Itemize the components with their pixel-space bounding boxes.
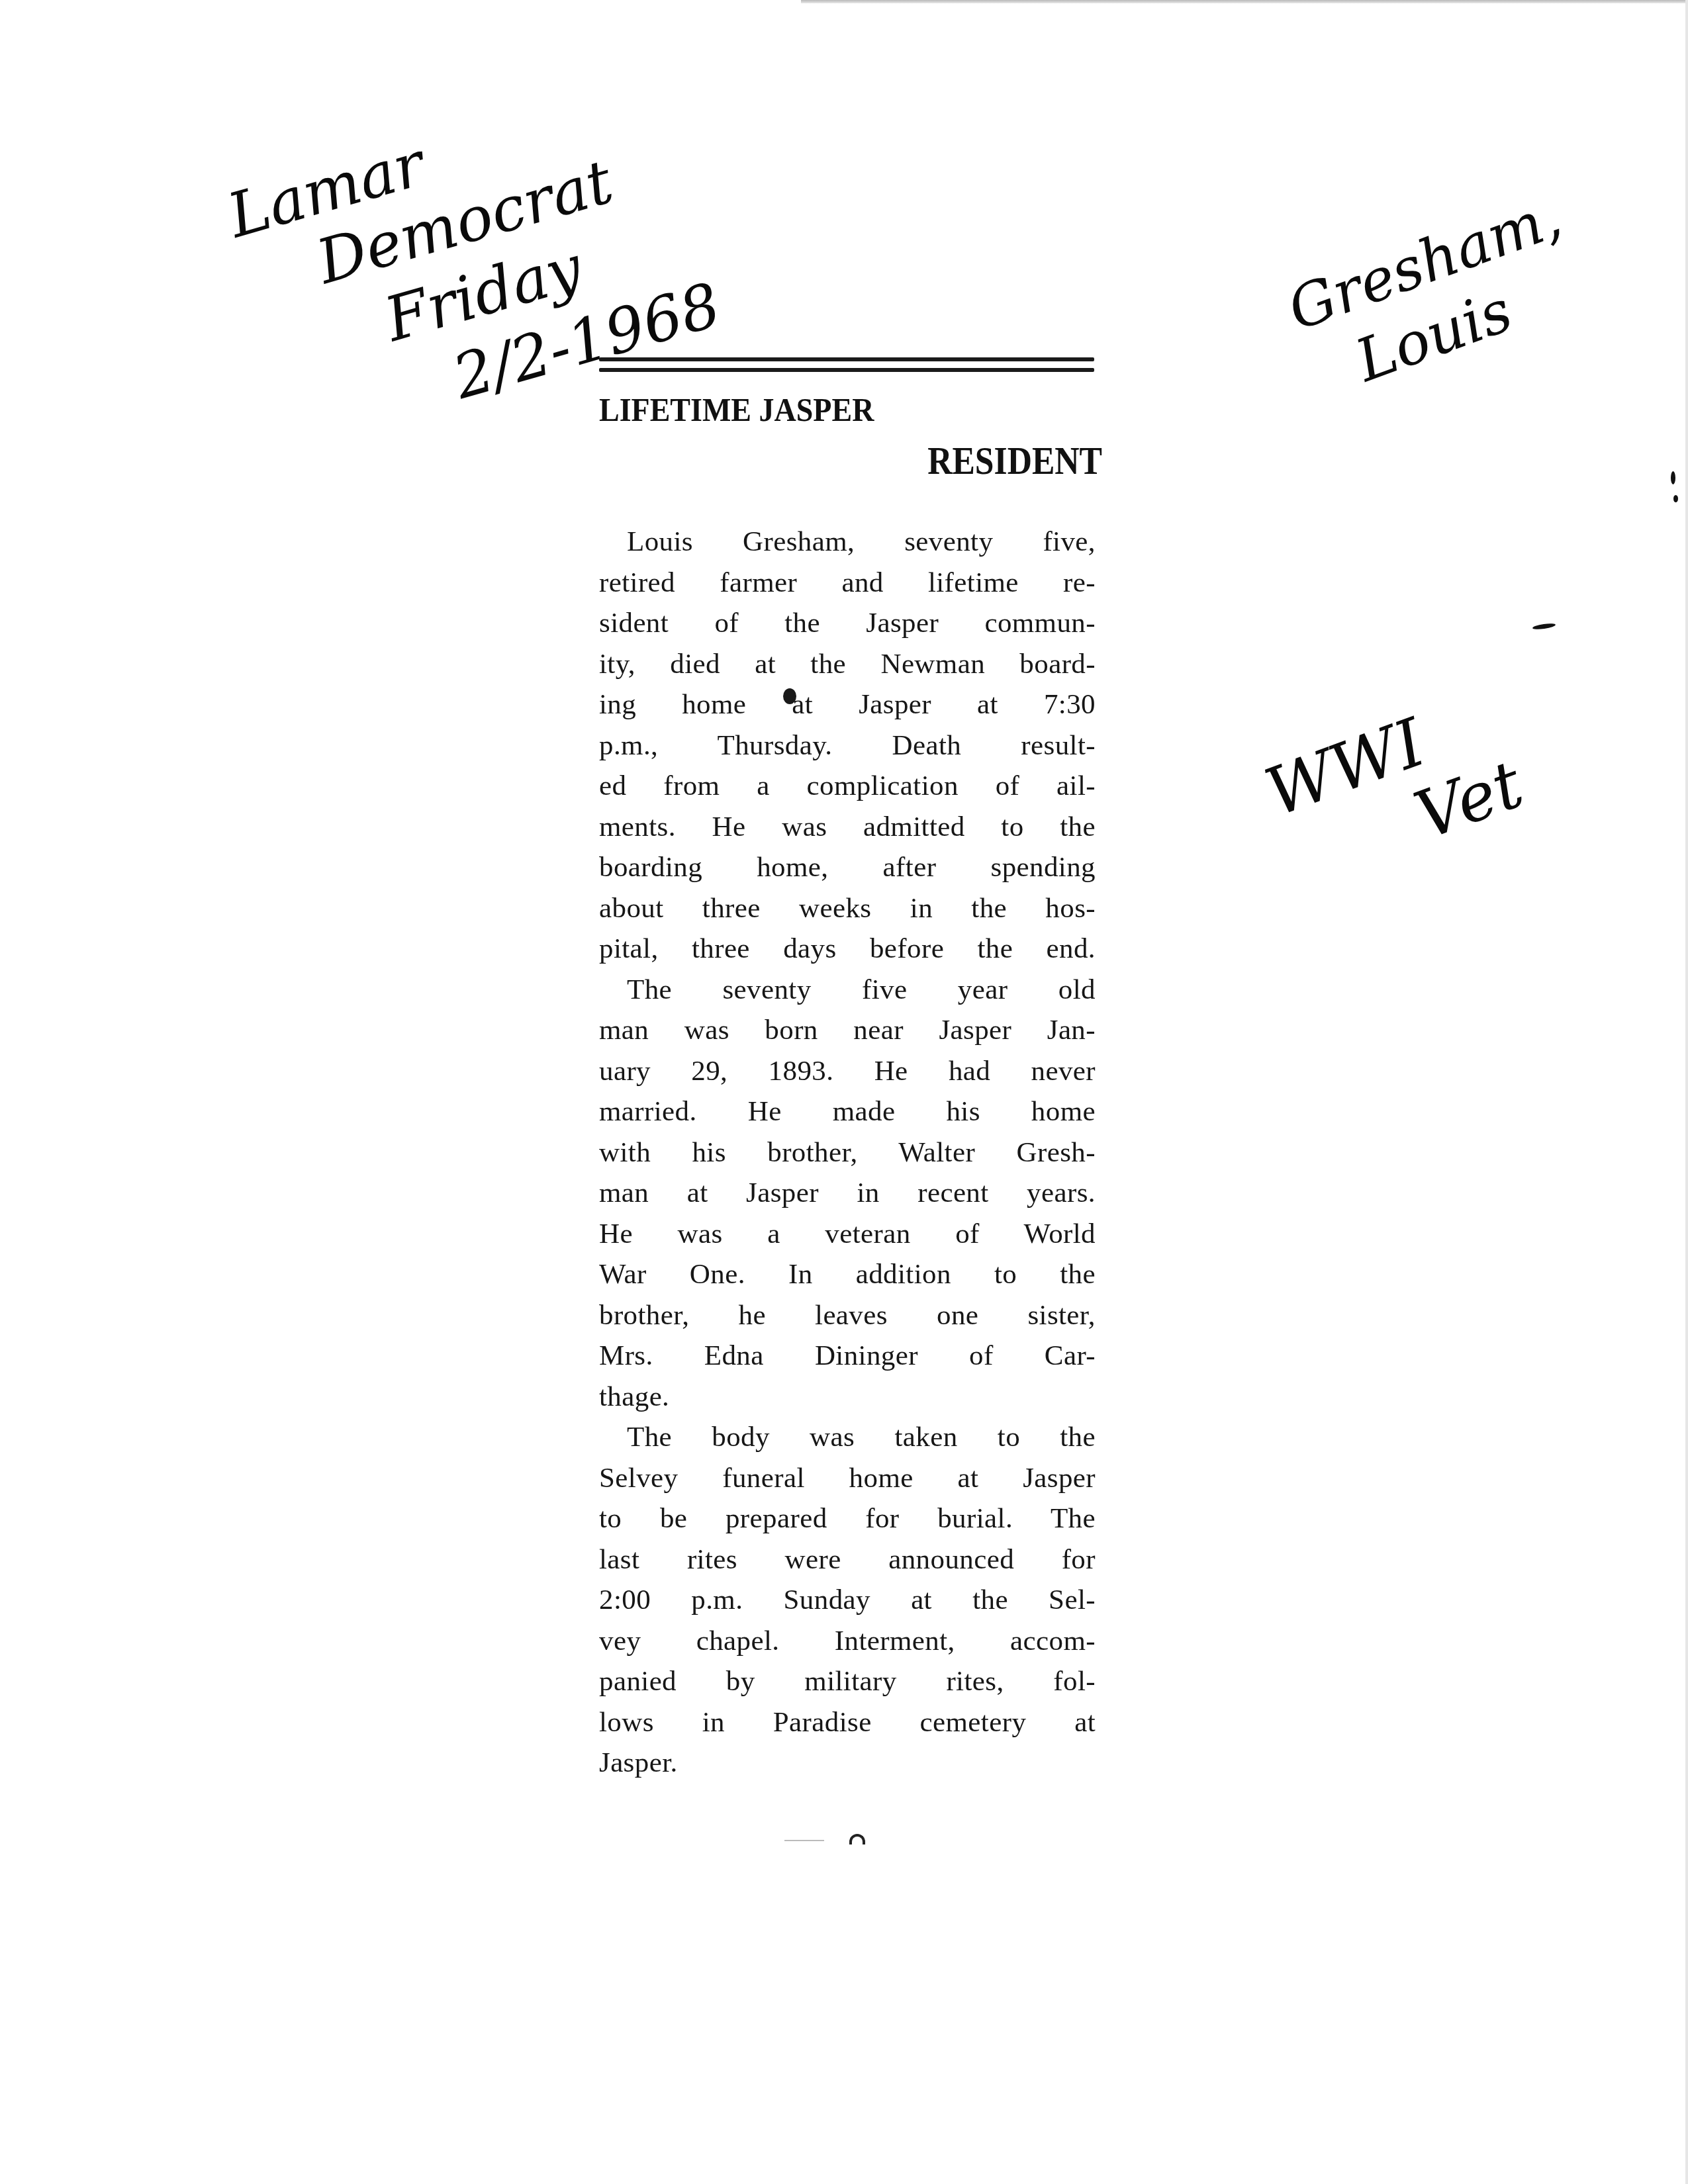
article-line: The body was taken to the [599, 1417, 1096, 1458]
article-line: Mrs. Edna Dininger of Car- [599, 1336, 1096, 1377]
article-line: thage. [599, 1377, 1096, 1418]
ink-blot [783, 688, 796, 704]
article-line: pital, three days before the end. [599, 929, 1096, 970]
article-line: boarding home, after spending [599, 847, 1096, 888]
article-line: ed from a complication of ail- [599, 766, 1096, 807]
article-line: Selvey funeral home at Jasper [599, 1458, 1096, 1499]
article-line: to be prepared for burial. The [599, 1498, 1096, 1539]
article-line: lows in Paradise cemetery at [599, 1702, 1096, 1743]
article-line: Louis Gresham, seventy five, [599, 522, 1096, 563]
rule-line [599, 357, 1094, 361]
article-line: sident of the Jasper commun- [599, 603, 1096, 644]
handwritten-veteran-note: WWI Vet [1258, 682, 1530, 895]
handwritten-name-note: Gresham, Louis [1281, 187, 1593, 406]
article-line: ments. He was admitted to the [599, 807, 1096, 848]
article-line: panied by military rites, fol- [599, 1661, 1096, 1702]
rule-line [599, 368, 1094, 372]
article-line: ing home at Jasper at 7:30 [599, 684, 1096, 725]
article-line: vey chapel. Interment, accom- [599, 1621, 1096, 1662]
clipping-bottom-mark [784, 1840, 824, 1841]
article-line: about three weeks in the hos- [599, 888, 1096, 929]
article-line: man at Jasper in recent years. [599, 1173, 1096, 1214]
stray-ink-mark [1671, 471, 1675, 484]
article-line: uary 29, 1893. He had never [599, 1051, 1096, 1092]
headline-line-2: RESIDENT [669, 441, 1102, 480]
article-line: Jasper. [599, 1743, 1096, 1784]
scan-right-edge [1685, 0, 1688, 2184]
article-line: War One. In addition to the [599, 1254, 1096, 1295]
article-line: ity, died at the Newman board- [599, 644, 1096, 685]
article-line: married. He made his home [599, 1091, 1096, 1132]
article-line: brother, he leaves one sister, [599, 1295, 1096, 1336]
stray-ink-mark [1532, 623, 1556, 631]
article-line: The seventy five year old [599, 970, 1096, 1011]
stray-ink-mark [1673, 495, 1678, 502]
article-body: Louis Gresham, seventy five,retired farm… [599, 522, 1096, 1784]
headline-double-rule [599, 344, 1094, 359]
article-line: p.m., Thursday. Death result- [599, 725, 1096, 766]
article-line: man was born near Jasper Jan- [599, 1010, 1096, 1051]
article-line: He was a veteran of World [599, 1214, 1096, 1255]
article-line: 2:00 p.m. Sunday at the Sel- [599, 1580, 1096, 1621]
article-line: retired farmer and lifetime re- [599, 563, 1096, 604]
article-line: with his brother, Walter Gresh- [599, 1132, 1096, 1173]
scan-top-edge [801, 0, 1688, 3]
headline-line-1: LIFETIME JASPER [599, 393, 1062, 426]
newspaper-clipping: LIFETIME JASPER RESIDENT Louis Gresham, … [599, 344, 1102, 1784]
article-line: last rites were announced for [599, 1539, 1096, 1580]
clipping-bottom-arc [849, 1834, 865, 1844]
